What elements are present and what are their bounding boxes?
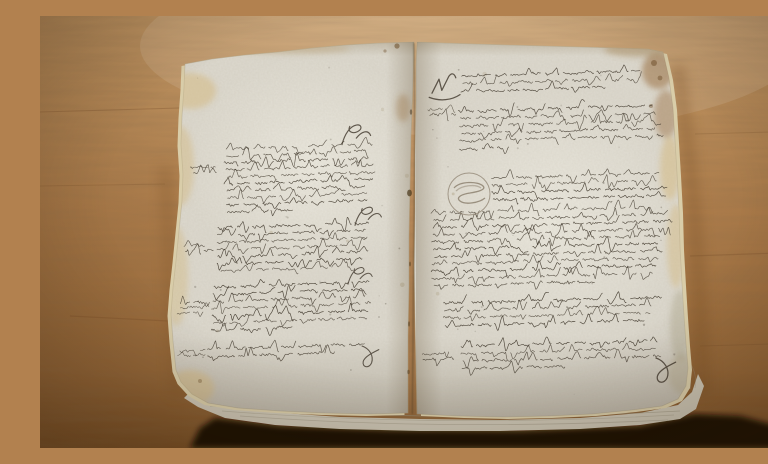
photo-vignette [40,16,768,448]
manuscript-photo-canvas [40,16,768,448]
manuscript-photo: Photograph of an open early-modern handw… [40,16,768,448]
